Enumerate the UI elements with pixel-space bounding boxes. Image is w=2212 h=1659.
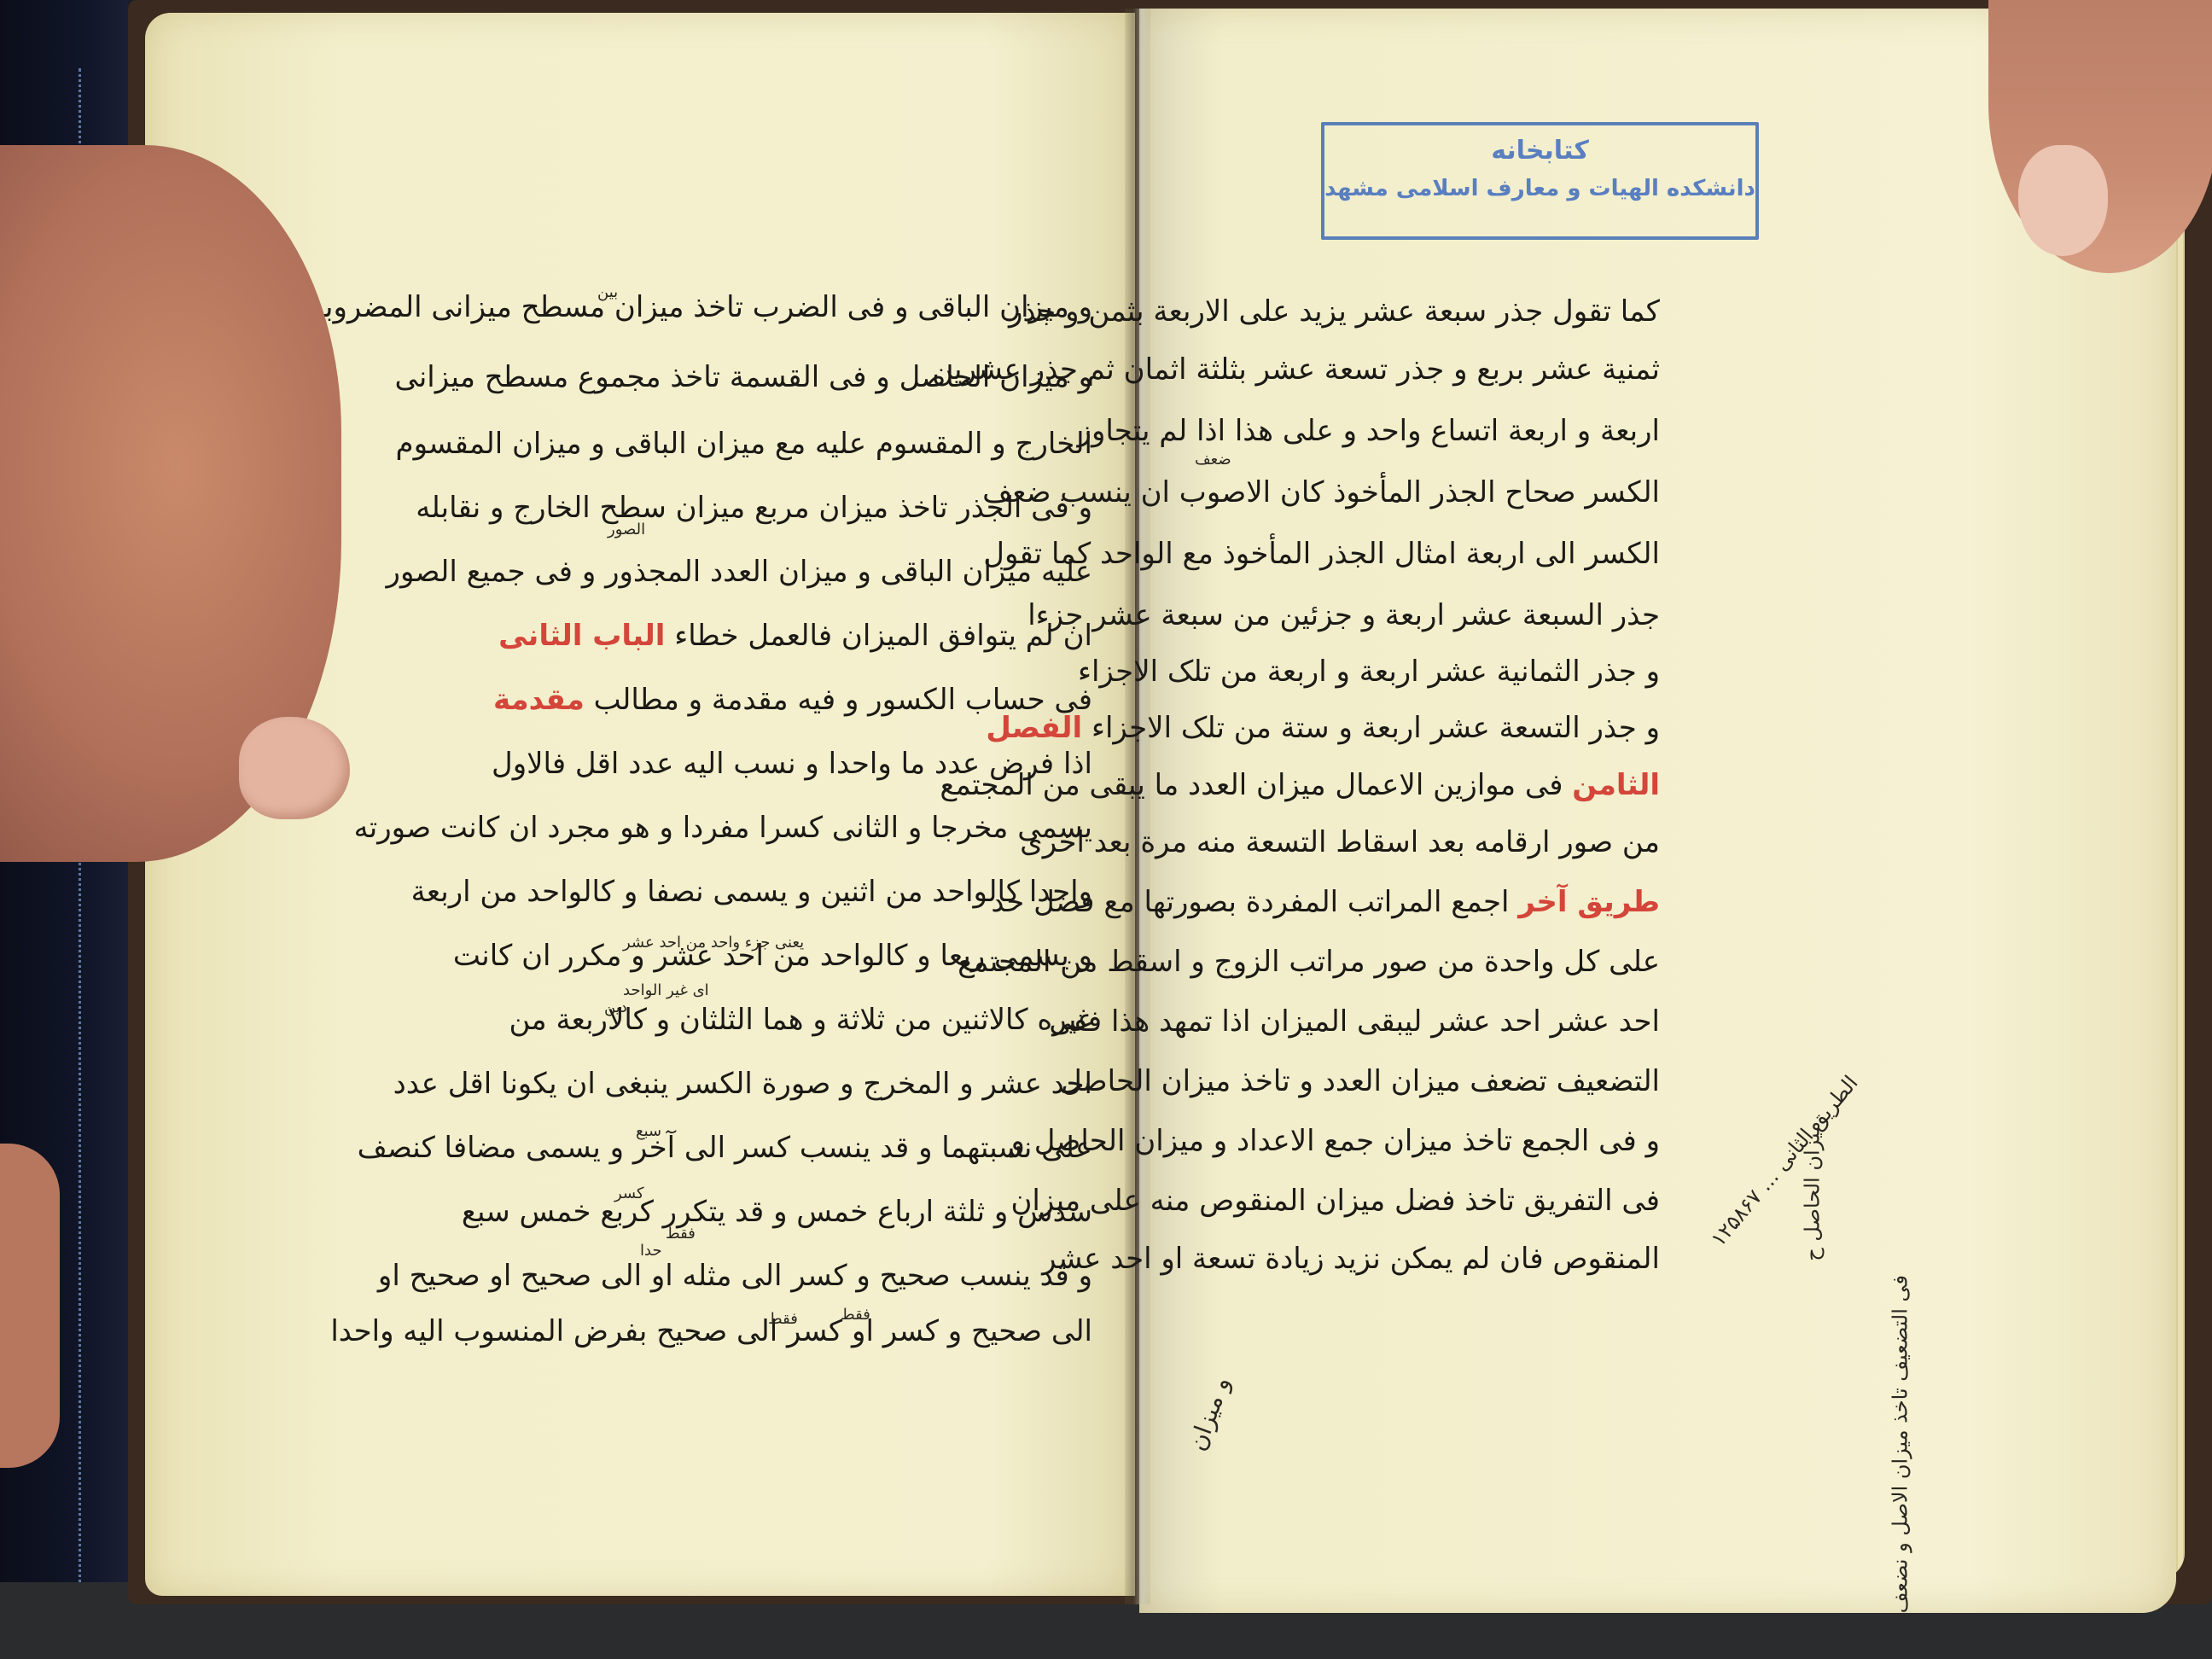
book-gutter [1125, 9, 1150, 1604]
text-line: احد عشر و المخرج و صورة الکسر ینبغی ان ی… [393, 1067, 1092, 1101]
right-page-text: کما تقول جذر سبعة عشر یزید علی الاربعة ب… [1173, 294, 1660, 1293]
text-line: کما تقول جذر سبعة عشر یزید علی الاربعة ب… [1009, 294, 1660, 329]
interlinear-gloss: الصور [608, 521, 645, 538]
text-line: و میزان الباقی و فی الضرب تاخذ میزان مسط… [294, 290, 1092, 324]
section-heading: الثامن [1572, 768, 1660, 802]
text-line: الکسر الی اربعة امثال الجذر المأخوذ مع ا… [983, 537, 1660, 571]
interlinear-gloss: فقط [666, 1225, 696, 1243]
section-heading: طریق آخر [1518, 885, 1660, 919]
text-line: الکسر صحاح الجذر المأخوذ کان الاصوب ان ی… [982, 475, 1660, 509]
text-line: واحدا کالواحد من اثنین و یسمی نصفا و کال… [411, 875, 1092, 909]
margin-note: فی التضعیف تاخذ میزان الاصل و نضعف [1888, 1275, 1912, 1613]
text-line-with-heading: ان لم یتوافق المیزان فالعمل خطاء الباب ا… [498, 619, 1092, 653]
text-line: الخارج و المقسوم علیه مع میزان الباقی و … [396, 427, 1092, 461]
interlinear-gloss: فقط [841, 1306, 870, 1324]
stamp-subtitle: دانشکده الهیات و معارف اسلامی مشهد [1324, 176, 1755, 201]
interlinear-gloss: ای غیر الواحد [623, 981, 709, 999]
text-line: من صور ارقامه بعد اسقاط التسعة منه مرة ب… [1020, 825, 1660, 859]
left-page-text: و میزان الباقی و فی الضرب تاخذ میزان مسط… [597, 282, 1092, 1331]
text-line-with-heading: و جذر التسعة عشر اربعة و ستة من تلک الاج… [986, 711, 1660, 745]
text-line: ثمنیة عشر بربع و جذر تسعة عشر بثلثة اثما… [932, 352, 1660, 387]
line-text: اجمع المراتب المفردة بصورتها مع فضل حد [991, 885, 1509, 919]
left-thumbnail [239, 717, 350, 819]
text-line: المنقوص فان لم یمکن نزید زیادة تسعة او ا… [1042, 1242, 1660, 1276]
stamp-title: کتابخانه [1324, 136, 1755, 166]
text-line-with-heading: طریق آخر اجمع المراتب المفردة بصورتها مع… [991, 885, 1660, 919]
text-line: و فی الجمع تاخذ میزان جمع الاعداد و میزا… [1011, 1124, 1660, 1158]
text-line: سدس و ثلثة ارباع خمس و قد یتکرر کربع خمس… [462, 1195, 1092, 1229]
text-line: و جذر الثمانیة عشر اربعة و اربعة من تلک … [1078, 655, 1660, 689]
text-line: احد عشر احد عشر لیبقی المیزان اذا تمهد ه… [1049, 1004, 1660, 1039]
text-line: جذر السبعة عشر اربعة و جزئین من سبعة عشر… [1027, 598, 1660, 632]
interlinear-gloss: سبع [636, 1122, 661, 1140]
section-heading: الفصل [986, 711, 1082, 745]
interlinear-gloss: کسر [614, 1185, 644, 1202]
text-line: علی نسبتهما و قد ینسب کسر الی آخر و یسمی… [358, 1131, 1092, 1165]
right-thumbnail [2018, 145, 2108, 256]
text-line: فی التفریق تاخذ فضل میزان المنقوص منه عل… [1010, 1184, 1660, 1218]
interlinear-gloss: فقط [768, 1310, 798, 1328]
interlinear-gloss: بین [597, 283, 618, 301]
chapter-heading: الباب الثانی [498, 619, 665, 653]
interlinear-gloss: ضعف [1195, 451, 1231, 469]
text-line: علی کل واحدة من صور مراتب الزوج و اسقط م… [958, 945, 1660, 979]
text-line-with-heading: الثامن فی موازین الاعمال میزان العدد ما … [940, 768, 1660, 802]
line-text: و جذر التسعة عشر اربعة و ستة من تلک الاج… [1091, 711, 1660, 745]
interlinear-gloss: دین [604, 998, 627, 1016]
left-hand-finger [0, 1144, 60, 1468]
section-heading: مقدمة [493, 683, 585, 717]
line-text: فی موازین الاعمال میزان العدد ما یبقی من… [940, 768, 1563, 802]
text-line: غیره کالاثنین من ثلاثة و هما الثلثان و ک… [509, 1003, 1092, 1037]
text-line: التضعیف تضعف میزان العدد و تاخذ میزان ال… [1061, 1064, 1660, 1098]
text-line: اربعة و اربعة اتساع واحد و علی هذا اذا ل… [1078, 414, 1660, 448]
text-line: الی صحیح و کسر او کسر الی صحیح بفرض المن… [330, 1314, 1092, 1348]
library-stamp: کتابخانه دانشکده الهیات و معارف اسلامی م… [1321, 122, 1759, 240]
interlinear-gloss: یعنی جزء واحد من احد عشر [623, 934, 804, 952]
interlinear-gloss: حدا [640, 1242, 662, 1260]
text-line: و قد ینسب صحیح و کسر الی مثله او الی صحی… [378, 1259, 1092, 1293]
text-line: یسمی مخرجا و الثانی کسرا مفردا و هو مجرد… [354, 811, 1092, 845]
